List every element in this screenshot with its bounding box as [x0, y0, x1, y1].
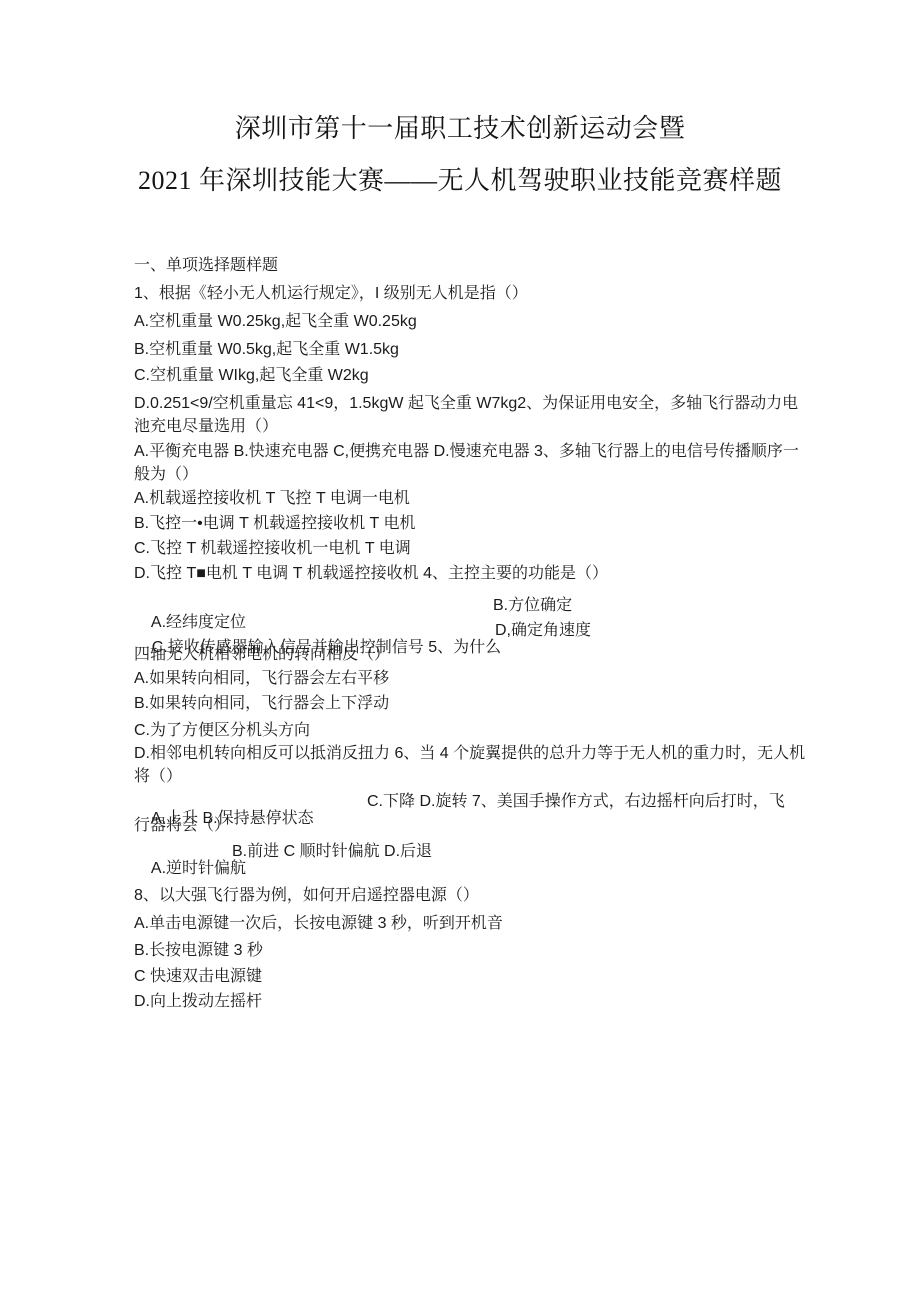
- option-line: B.空机重量 W0.5kg,起飞全重 W1.5kg: [134, 341, 834, 358]
- option-line: 行器将会（）: [134, 817, 834, 834]
- question-line: 四轴无人机相邻电机的转向相反（）: [134, 646, 834, 663]
- option-line: D.向上拨动左摇杆: [134, 993, 834, 1010]
- option-line: 般为（）: [134, 466, 834, 483]
- option-line: C.空机重量 WIkg,起飞全重 W2kg: [134, 367, 834, 384]
- option-line: D.飞控 T■电机 T 电调 T 机载遥控接收机 4、主控主要的功能是（）: [134, 565, 834, 582]
- option-line: C.为了方便区分机头方向: [134, 722, 834, 739]
- doc-title-line1: 深圳市第十一届职工技术创新运动会暨: [0, 114, 920, 144]
- option-line: C 快速双击电源键: [134, 968, 834, 985]
- option-line: D.相邻电机转向相反可以抵消反扭力 6、当 4 个旋翼提供的总升力等于无人机的重…: [134, 745, 834, 762]
- option-line: 池充电尽量选用（）: [134, 418, 834, 435]
- option-line: C.飞控 T 机载遥控接收机一电机 T 电调: [134, 540, 834, 557]
- option-line: D.0.251<9/空机重量忘 41<9，1.5kgW 起飞全重 W7kg2、为…: [134, 395, 834, 412]
- option-line-right: D,确定角速度: [495, 622, 591, 639]
- question-line: 8、以大强飞行器为例，如何开启遥控器电源（）: [134, 887, 834, 904]
- option-line-right: B.前进 C 顺时针偏航 D.后退: [232, 843, 432, 860]
- option-line: 将（）: [134, 768, 834, 785]
- option-line: A.空机重量 W0.25kg,起飞全重 W0.25kg: [134, 313, 834, 330]
- document-page: 深圳市第十一届职工技术创新运动会暨 2021 年深圳技能大赛——无人机驾驶职业技…: [0, 0, 920, 1301]
- option-line: B.如果转向相同，飞行器会上下浮动: [134, 695, 834, 712]
- question-line: 1、根据《轻小无人机运行规定》，I 级别无人机是指（）: [134, 285, 834, 302]
- option-line-right: B.方位确定: [493, 597, 572, 614]
- option-line: A.单击电源键一次后，长按电源键 3 秒，听到开机音: [134, 915, 834, 932]
- doc-title-line2: 2021 年深圳技能大赛——无人机驾驶职业技能竞赛样题: [0, 166, 920, 196]
- option-line-left: A.逆时针偏航: [151, 860, 246, 877]
- option-line-right: C.下降 D.旋转 7、美国手操作方式，右边摇杆向后打时，飞: [367, 793, 785, 810]
- option-line: B.长按电源键 3 秒: [134, 942, 834, 959]
- option-line: A.机载遥控接收机 T 飞控 T 电调一电机: [134, 490, 834, 507]
- option-line: B.飞控一•电调 T 机载遥控接收机 T 电机: [134, 515, 834, 532]
- option-line: A.如果转向相同，飞行器会左右平移: [134, 670, 834, 687]
- section-heading: 一、单项选择题样题: [134, 257, 834, 274]
- option-line: A.平衡充电器 B.快速充电器 C,便携充电器 D.慢速充电器 3、多轴飞行器上…: [134, 443, 834, 460]
